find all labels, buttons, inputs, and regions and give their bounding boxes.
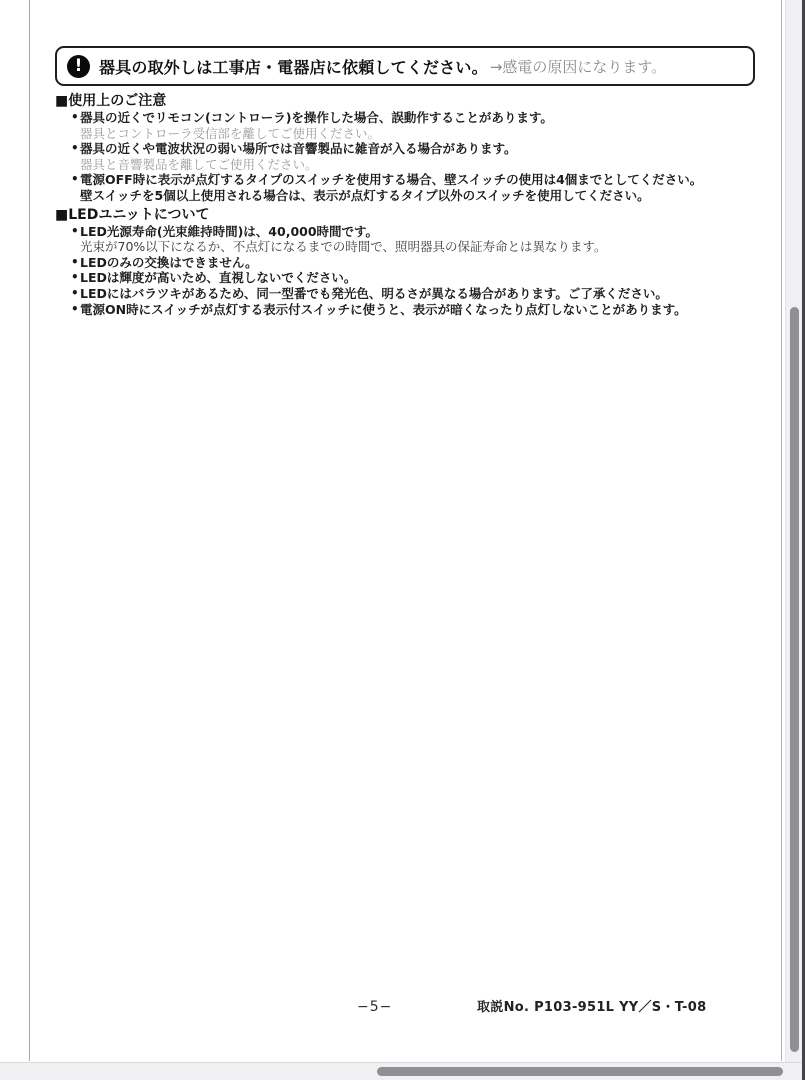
exclamation-glyph: !: [75, 58, 83, 75]
list-item-text: 器具の近くや電波状況の弱い場所では音響製品に雑音が入る場合があります。: [80, 141, 779, 157]
list-item-subtext: 器具と音響製品を離してご使用ください。: [80, 157, 779, 173]
horizontal-scrollbar-track[interactable]: [0, 1062, 802, 1080]
page-number: −5−: [357, 999, 392, 1015]
manual-document-number: 取説No. P103-951L YY／S・T-08: [477, 996, 706, 1015]
list-item-text: 電源ON時にスイッチが点灯する表示付スイッチに使うと、表示が暗くなったり点灯しな…: [80, 302, 779, 318]
list-item: LEDは輝度が高いため、直視しないでください。: [55, 270, 779, 286]
list-item-subtext: 器具とコントローラ受信部を離してご使用ください。: [80, 126, 779, 142]
list-item: LED光源寿命(光束維持時間)は、40,000時間です。 光束が70%以下になる…: [55, 224, 779, 255]
list-item: LEDのみの交換はできません。: [55, 255, 779, 271]
page-content: ■使用上のご注意 器具の近くでリモコン(コントローラ)を操作した場合、誤動作する…: [55, 93, 779, 317]
vertical-scrollbar-track[interactable]: [785, 0, 802, 1062]
section-title-led-unit: ■LEDユニットについて: [55, 207, 779, 224]
list-item: LEDにはバラツキがあるため、同一型番でも発光色、明るさが異なる場合があります。…: [55, 286, 779, 302]
list-item-text: LED光源寿命(光束維持時間)は、40,000時間です。: [80, 224, 779, 240]
manual-page: ! 器具の取外しは工事店・電器店に依頼してください。 →感電の原因になります。 …: [29, 0, 782, 1061]
list-item-subtext: 光束が70%以下になるか、不点灯になるまでの時間で、照明器具の保証寿命とは異なり…: [80, 239, 779, 255]
horizontal-scrollbar-thumb[interactable]: [377, 1067, 783, 1076]
list-item: 電源ON時にスイッチが点灯する表示付スイッチに使うと、表示が暗くなったり点灯しな…: [55, 302, 779, 318]
list-item-text: LEDのみの交換はできません。: [80, 255, 779, 271]
exclamation-circle-icon: !: [67, 55, 90, 78]
warning-box: ! 器具の取外しは工事店・電器店に依頼してください。 →感電の原因になります。: [55, 46, 755, 86]
list-item-text: 壁スイッチを5個以上使用される場合は、表示が点灯するタイプ以外のスイッチを使用し…: [80, 188, 779, 204]
list-item-text: 電源OFF時に表示が点灯するタイプのスイッチを使用する場合、壁スイッチの使用は4…: [80, 172, 779, 188]
list-item: 電源OFF時に表示が点灯するタイプのスイッチを使用する場合、壁スイッチの使用は4…: [55, 172, 779, 203]
list-item-text: 器具の近くでリモコン(コントローラ)を操作した場合、誤動作することがあります。: [80, 110, 779, 126]
vertical-scrollbar-thumb[interactable]: [790, 307, 799, 1052]
list-item: 器具の近くや電波状況の弱い場所では音響製品に雑音が入る場合があります。 器具と音…: [55, 141, 779, 172]
warning-note-text: →感電の原因になります。: [490, 56, 666, 77]
section-title-usage-precautions: ■使用上のご注意: [55, 93, 779, 110]
list-item-text: LEDは輝度が高いため、直視しないでください。: [80, 270, 779, 286]
warning-main-text: 器具の取外しは工事店・電器店に依頼してください。: [99, 55, 488, 78]
list-item-text: LEDにはバラツキがあるため、同一型番でも発光色、明るさが異なる場合があります。…: [80, 286, 779, 302]
list-item: 器具の近くでリモコン(コントローラ)を操作した場合、誤動作することがあります。 …: [55, 110, 779, 141]
